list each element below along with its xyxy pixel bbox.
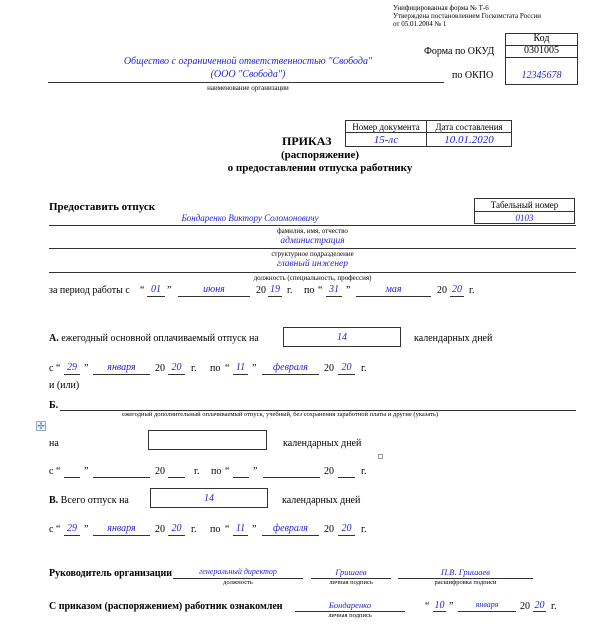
form-info: Унифицированная форма № Т-6 Утверждена п… [393, 4, 541, 28]
org-name-line1: Общество с ограниченной ответственностью… [48, 56, 448, 67]
full-name-caption: фамилия, имя, отчество [49, 227, 576, 235]
section-a-to-month: февраля [262, 362, 319, 373]
tab-label: Табельный номер [475, 199, 575, 212]
head-signature: Гришаев [311, 567, 391, 577]
form-line2: Утверждена постановлением Госкомстата Ро… [393, 12, 541, 20]
section-v-to-year: 20 [338, 523, 355, 534]
position: главный инженер [49, 259, 576, 269]
section-a-to-day: 11 [233, 362, 248, 373]
work-from-month: июня [178, 284, 250, 295]
head-label: Руководитель организации [49, 568, 172, 579]
page-title: ПРИКАЗ [282, 134, 331, 149]
section-v-days: 14 [150, 493, 268, 504]
work-from-year: 19 [268, 284, 282, 295]
tab-number: 0103 [475, 212, 575, 224]
ack-label: С приказом (распоряжением) работник озна… [49, 601, 283, 612]
table-resize-icon[interactable] [378, 454, 383, 459]
section-a-label: А. ежегодный основной оплачиваемый отпус… [49, 333, 259, 344]
section-b-days-box[interactable] [148, 430, 267, 450]
section-v-days-label: календарных дней [282, 495, 360, 506]
head-signature-caption: личная подпись [311, 579, 391, 586]
section-v-to-day: 11 [233, 523, 248, 534]
head-decoding-caption: расшифровка подписи [398, 579, 533, 586]
head-decoding: П.В. Гришаев [398, 567, 533, 577]
doc-date-label: Дата составления [427, 121, 512, 133]
and-or-label: и (или) [49, 380, 79, 391]
section-v-from-month: января [93, 523, 150, 534]
doc-number: 15-лс [346, 133, 427, 147]
section-a-days-label: календарных дней [414, 333, 492, 344]
okpo-value: 12345678 [505, 70, 578, 81]
org-name-line2: (ООО "Свобода") [48, 69, 448, 80]
section-a-from-year: 20 [168, 362, 185, 373]
section-v-from-day: 29 [64, 523, 80, 534]
okpo-label: по ОКПО [452, 70, 493, 81]
form-line3: от 05.01.2004 № 1 [393, 20, 541, 28]
section-v-label: В. Всего отпуск на [49, 495, 129, 506]
tab-number-table: Табельный номер 0103 [474, 198, 575, 224]
head-position-caption: должность [173, 579, 303, 586]
doc-date: 10.01.2020 [427, 133, 512, 147]
work-period-label: за период работы с [49, 285, 130, 296]
section-v-to-month: февраля [262, 523, 319, 534]
title-sub2: о предоставлении отпуска работнику [180, 162, 460, 174]
department-caption: структурное подразделение [49, 250, 576, 258]
section-a-days: 14 [283, 332, 401, 343]
section-b-caption: ежегодный дополнительный оплачиваемый от… [60, 411, 500, 418]
ack-day: 10 [433, 600, 446, 611]
section-v-from-year: 20 [168, 523, 185, 534]
work-to-day: 31 [326, 284, 342, 295]
doc-table: Номер документа Дата составления 15-лс 1… [345, 120, 512, 147]
ack-year: 20 [533, 600, 546, 611]
doc-number-label: Номер документа [346, 121, 427, 133]
section-a-from-month: января [93, 362, 150, 373]
table-move-icon[interactable]: ✢ [36, 421, 46, 431]
department: администрация [49, 236, 576, 246]
ack-signature: Бондаренко [295, 600, 405, 610]
head-position: генеральный директор [173, 567, 303, 576]
ack-month: января [458, 600, 516, 609]
section-a-from-day: 29 [64, 362, 80, 373]
grant-label: Предоставить отпуск [49, 201, 155, 213]
code-label: Код [505, 33, 578, 44]
work-to-year: 20 [450, 284, 464, 295]
position-caption: должность (специальность, профессия) [49, 274, 576, 282]
work-to-month: мая [356, 284, 431, 295]
ack-signature-caption: личная подпись [295, 612, 405, 619]
section-b-days-label: календарных дней [283, 438, 361, 449]
okud-value: 0301005 [505, 45, 578, 56]
section-b-on-label: на [49, 438, 59, 449]
section-a-to-year: 20 [338, 362, 355, 373]
full-name: Бондаренко Виктору Соломоновичу [100, 213, 400, 223]
form-line1: Унифицированная форма № Т-6 [393, 4, 541, 12]
org-caption: наименование организации [48, 84, 448, 92]
section-b-letter: Б. [49, 400, 58, 411]
work-from-day: 01 [147, 284, 165, 295]
title-sub1: (распоряжение) [200, 149, 440, 161]
